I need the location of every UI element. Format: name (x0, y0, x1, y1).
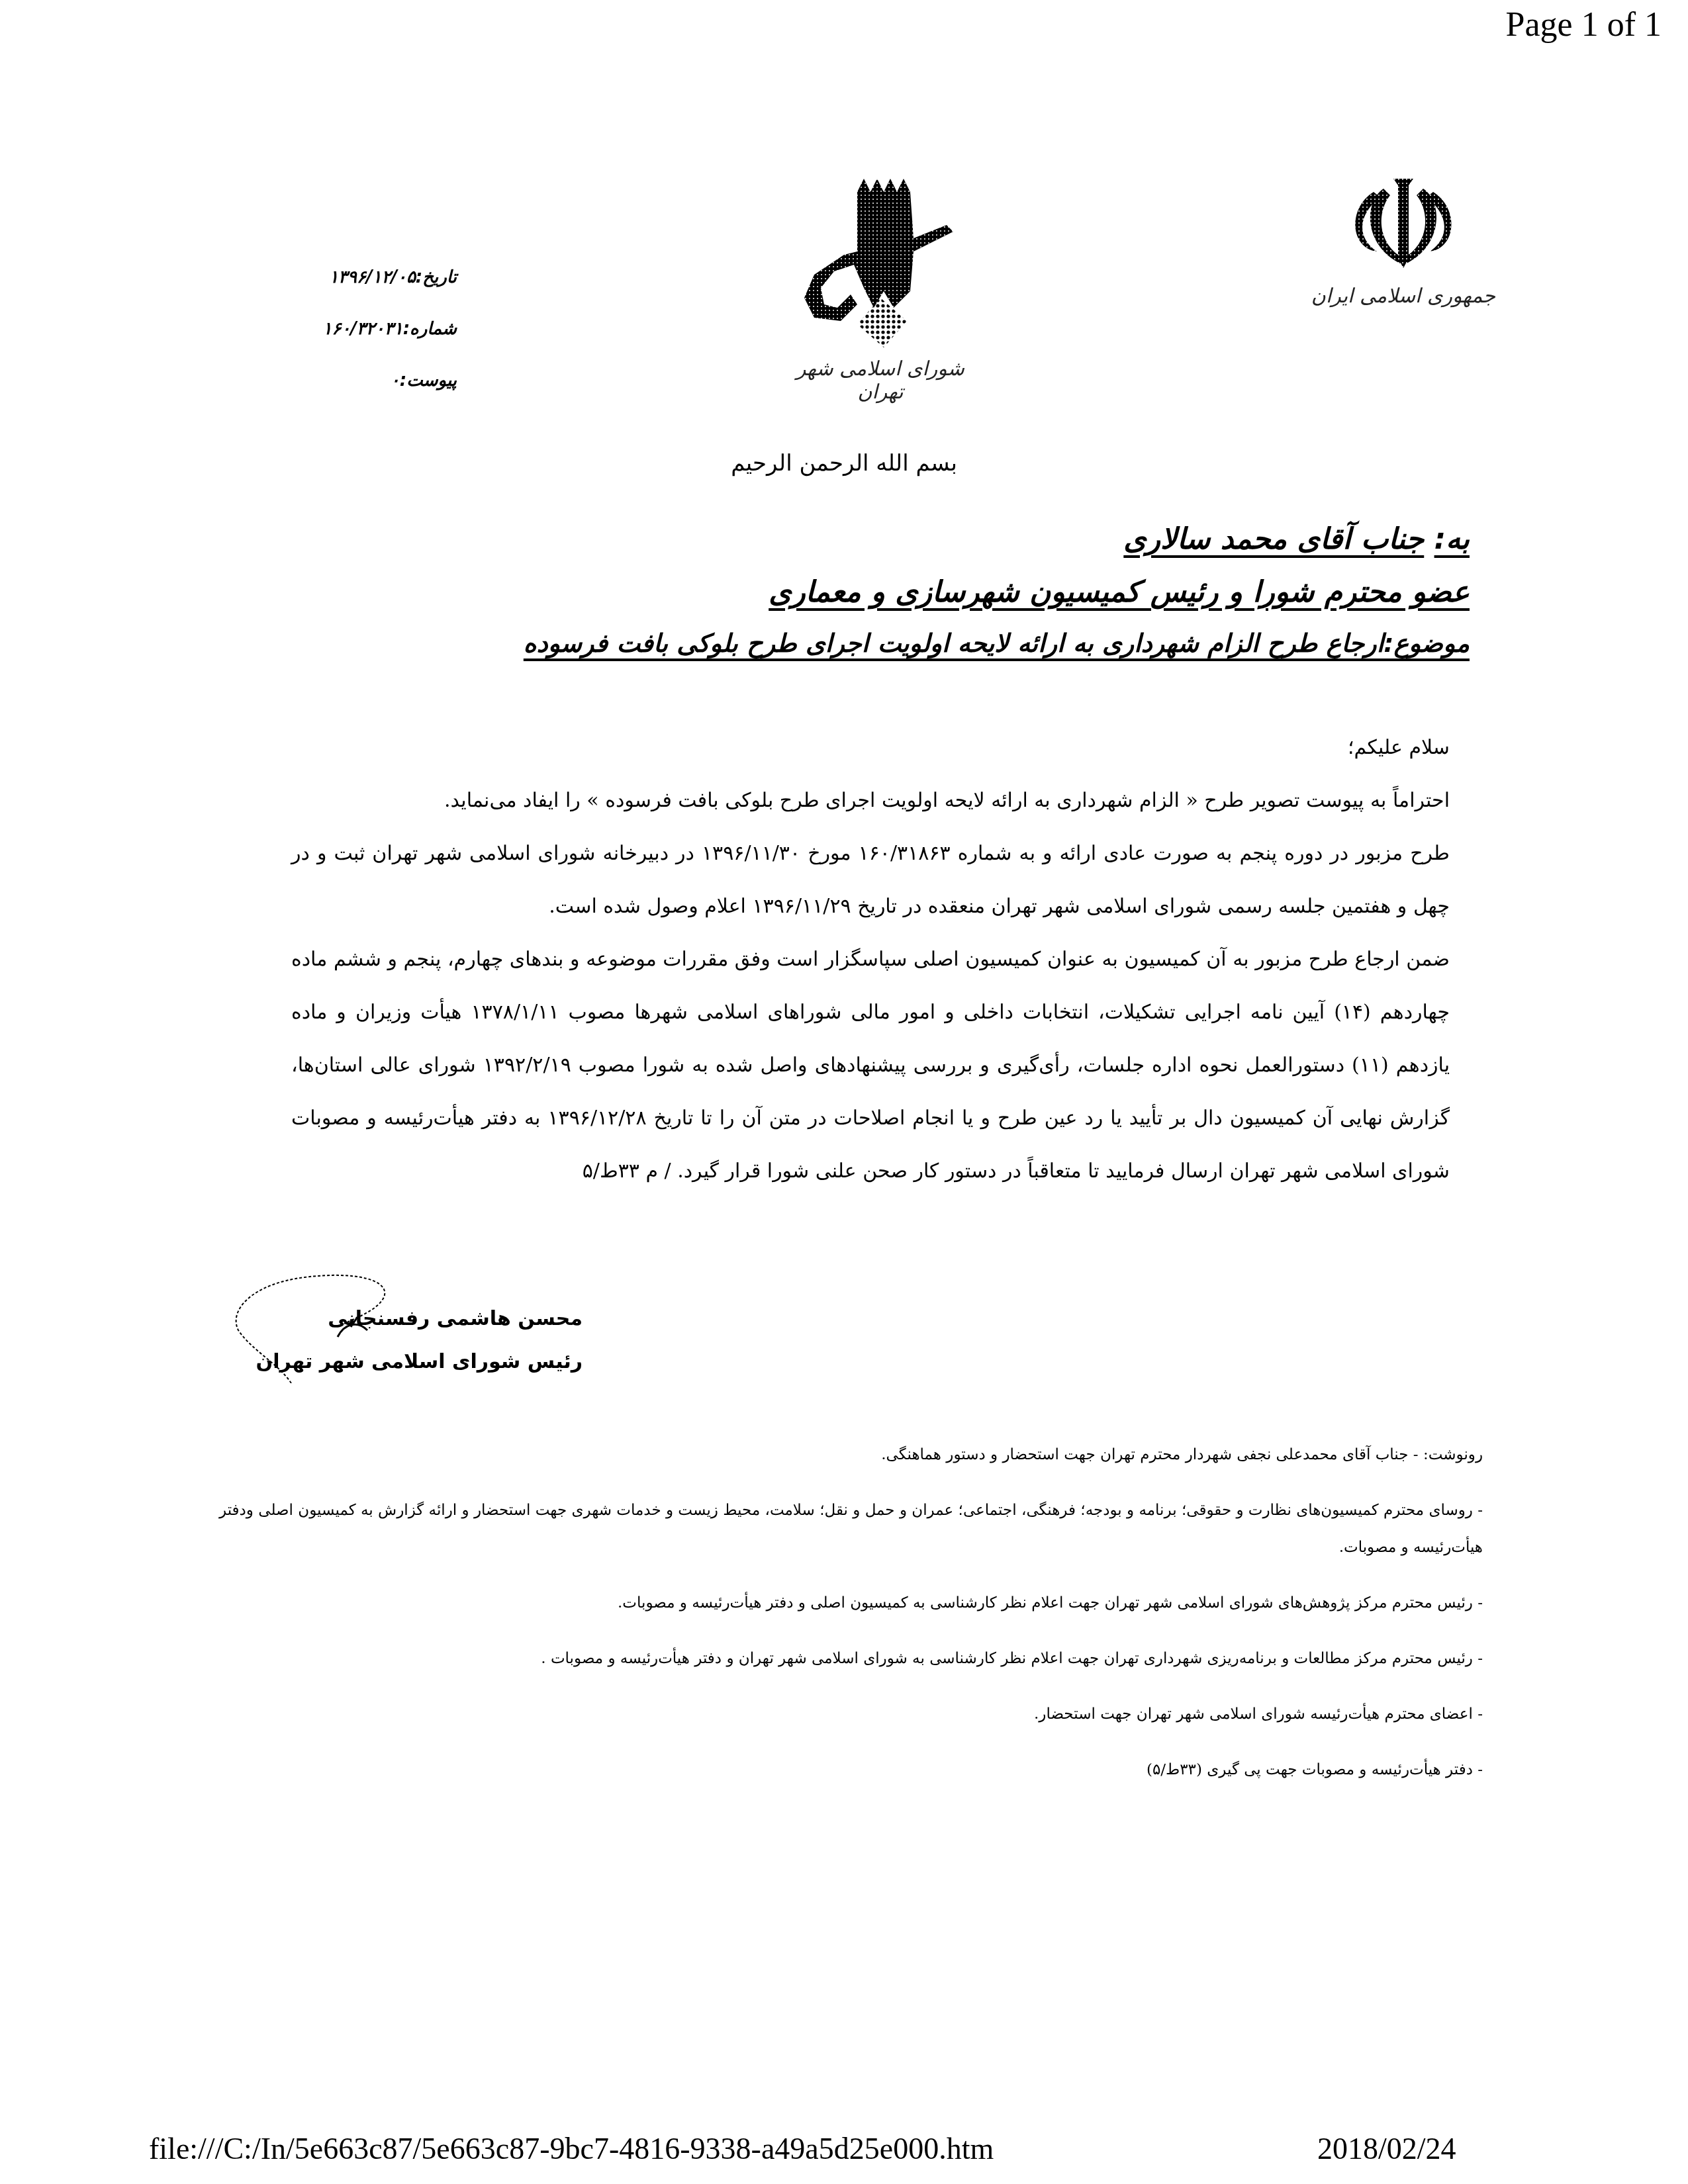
footer-print-date: 2018/02/24 (1317, 2131, 1456, 2166)
attachment-value: ۰ (391, 371, 400, 390)
iran-emblem-icon (1258, 165, 1549, 285)
greeting: سلام علیکم؛ (291, 721, 1450, 774)
cc-item: - رئیس محترم مرکز مطالعات و برنامه‌ریزی … (212, 1640, 1483, 1677)
body-paragraph: ضمن ارجاع طرح مزبور به آن کمیسیون به عنو… (291, 933, 1450, 1198)
body-paragraph: طرح مزبور در دوره پنجم به صورت عادی ارائ… (291, 827, 1450, 933)
cc-label: رونوشت: (1423, 1446, 1483, 1463)
number-label: شماره: (403, 319, 457, 339)
number-row: شماره:۱۶۰/۳۲۰۳۱ (265, 303, 457, 355)
attachment-label: پیوست: (400, 371, 457, 390)
signatory-name: محسن هاشمی رفسنجانی (328, 1307, 583, 1330)
recipient-block: به: جناب آقای محمد سالاری عضو محترم شورا… (769, 513, 1470, 619)
signatory-title: رئیس شورای اسلامی شهر تهران (256, 1350, 583, 1373)
letter-body: سلام علیکم؛ احتراماً به پیوست تصویر طرح … (291, 721, 1450, 1198)
date-row: تاریخ:۱۳۹۶/۱۲/۰۵ (265, 251, 457, 303)
page-header: Page 1 of 1 (1506, 5, 1662, 44)
subject-line: موضوع:ارجاع طرح الزام شهرداری به ارائه ل… (524, 629, 1470, 658)
cc-item: - روسای محترم کمیسیون‌های نظارت و حقوقی؛… (212, 1492, 1483, 1566)
body-paragraph: احتراماً به پیوست تصویر طرح « الزام شهرد… (291, 774, 1450, 827)
recipient-prefix: به: (1434, 522, 1470, 556)
council-logo-caption: شورای اسلامی شهر تهران (781, 357, 980, 404)
council-logo: شورای اسلامی شهر تهران (748, 165, 986, 404)
cc-item: رونوشت: - جناب آقای محمدعلی نجفی شهردار … (212, 1436, 1483, 1473)
date-value: ۱۳۹۶/۱۲/۰۵ (329, 267, 416, 287)
signature-block: محسن هاشمی رفسنجانی رئیس شورای اسلامی شه… (212, 1244, 583, 1390)
recipient-title-line: عضو محترم شورا و رئیس کمیسیون شهرسازی و … (769, 566, 1470, 619)
carbon-copy-list: رونوشت: - جناب آقای محمدعلی نجفی شهردار … (212, 1436, 1483, 1807)
iran-emblem: جمهوری اسلامی ایران (1258, 165, 1549, 338)
emblem-caption: جمهوری اسلامی ایران (1311, 285, 1496, 308)
number-value: ۱۶۰/۳۲۰۳۱ (322, 319, 402, 339)
attachment-row: پیوست:۰ (265, 355, 457, 406)
footer-file-url: file:///C:/In/5e663c87/5e663c87-9bc7-481… (149, 2131, 994, 2166)
cc-item: - رئیس محترم مرکز پژوهش‌های شورای اسلامی… (212, 1584, 1483, 1621)
letter-meta: تاریخ:۱۳۹۶/۱۲/۰۵ شماره:۱۶۰/۳۲۰۳۱ پیوست:۰ (265, 251, 457, 406)
cc-item: - اعضای محترم هیأت‌رئیسه شورای اسلامی شه… (212, 1696, 1483, 1733)
bismillah: بسم الله الرحمن الرحیم (662, 450, 1026, 477)
recipient-line: به: جناب آقای محمد سالاری (769, 513, 1470, 566)
date-label: تاریخ: (416, 267, 457, 287)
cc-item: - دفتر هیأت‌رئیسه و مصوبات جهت پی گیری (… (212, 1751, 1483, 1788)
recipient-title: عضو محترم شورا و رئیس کمیسیون شهرسازی و … (769, 575, 1470, 609)
recipient-name: جناب آقای محمد سالاری (1123, 522, 1424, 556)
